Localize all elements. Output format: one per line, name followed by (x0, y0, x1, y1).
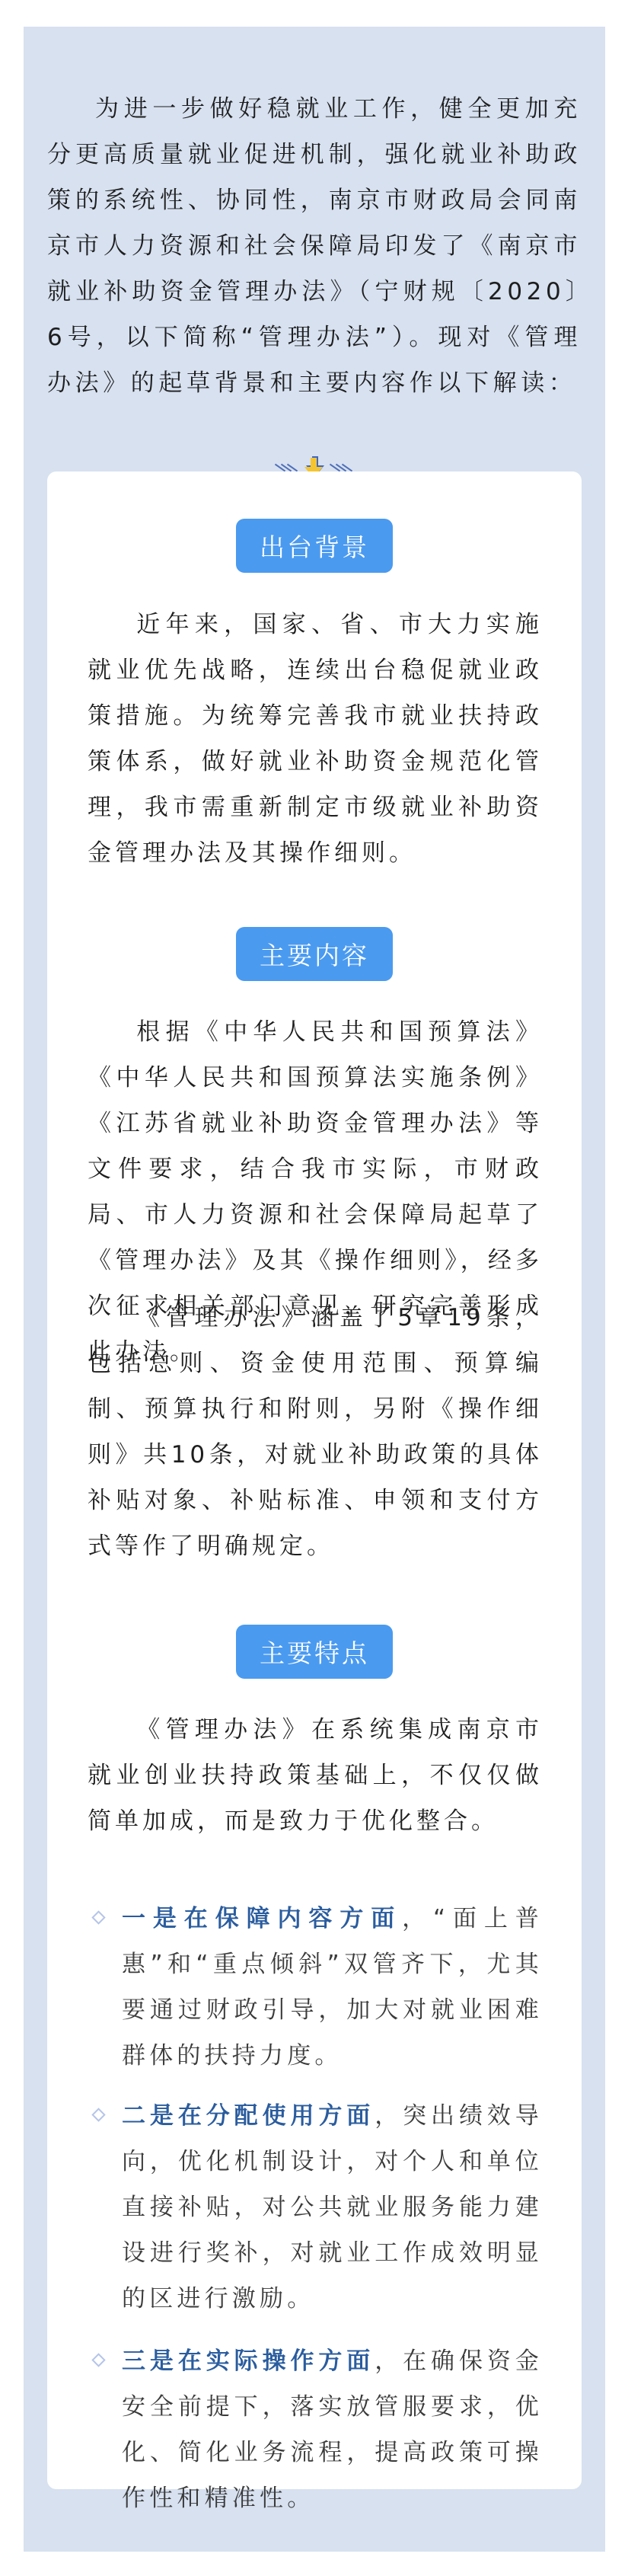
section-heading-background: 出台背景 (236, 519, 393, 573)
section-heading-main-features: 主要特点 (236, 1625, 393, 1679)
bullet-lead: 一是在保障内容方面 (122, 1905, 402, 1932)
diamond-icon (91, 2108, 105, 2121)
feature-bullet-2: 二是在分配使用方面，突出绩效导向，优化机制设计，对个人和单位直接补贴，对公共就业… (88, 2093, 543, 2322)
bullet-body: ，突出绩效导向，优化机制设计，对个人和单位直接补贴，对公共就业服务能力建设进行奖… (122, 2102, 543, 2312)
bullet-text: 二是在分配使用方面，突出绩效导向，优化机制设计，对个人和单位直接补贴，对公共就业… (122, 2093, 543, 2322)
hatch-right-icon (331, 462, 352, 472)
diamond-icon (91, 2353, 105, 2367)
bullet-lead: 二是在分配使用方面 (122, 2102, 375, 2130)
article-panel: 为进一步做好稳就业工作，健全更加充分更高质量就业促进机制，强化就业补助政策的系统… (24, 27, 605, 2552)
section-main-content-paragraph-2: 《管理办法》涵盖了5章19条，包括总则、资金使用范围、预算编制、预算执行和附则，… (88, 1295, 543, 1569)
content-card: 出台背景 近年来，国家、省、市大力实施就业优先战略，连续出台稳促就业政策措施。为… (47, 471, 582, 2489)
section-heading-main-content: 主要内容 (236, 927, 393, 981)
paragraph-text: 《管理办法》涵盖了5章19条，包括总则、资金使用范围、预算编制、预算执行和附则，… (88, 1304, 543, 1560)
bullet-text: 三是在实际操作方面，在确保资金安全前提下，落实放管服要求，优化、简化业务流程，提… (122, 2338, 543, 2521)
bullet-text: 一是在保障内容方面，“面上普惠”和“重点倾斜”双管齐下，尤其要通过财政引导，加大… (122, 1896, 543, 2079)
section-background-paragraph: 近年来，国家、省、市大力实施就业优先战略，连续出台稳促就业政策措施。为统筹完善我… (88, 602, 543, 876)
section-main-features-paragraph: 《管理办法》在系统集成南京市就业创业扶持政策基础上，不仅仅做简单加成，而是致力于… (88, 1707, 543, 1844)
feature-bullet-1: 一是在保障内容方面，“面上普惠”和“重点倾斜”双管齐下，尤其要通过财政引导，加大… (88, 1896, 543, 2079)
intro-text: 为进一步做好稳就业工作，健全更加充分更高质量就业促进机制，强化就业补助政策的系统… (47, 95, 582, 397)
hatch-left-icon (276, 462, 298, 472)
bullet-lead: 三是在实际操作方面 (122, 2347, 375, 2375)
paragraph-text: 近年来，国家、省、市大力实施就业优先战略，连续出台稳促就业政策措施。为统筹完善我… (88, 611, 543, 867)
intro-paragraph: 为进一步做好稳就业工作，健全更加充分更高质量就业促进机制，强化就业补助政策的系统… (47, 86, 582, 406)
diamond-icon (91, 1910, 105, 1924)
paragraph-text: 《管理办法》在系统集成南京市就业创业扶持政策基础上，不仅仅做简单加成，而是致力于… (88, 1716, 543, 1835)
feature-bullet-3: 三是在实际操作方面，在确保资金安全前提下，落实放管服要求，优化、简化业务流程，提… (88, 2338, 543, 2521)
